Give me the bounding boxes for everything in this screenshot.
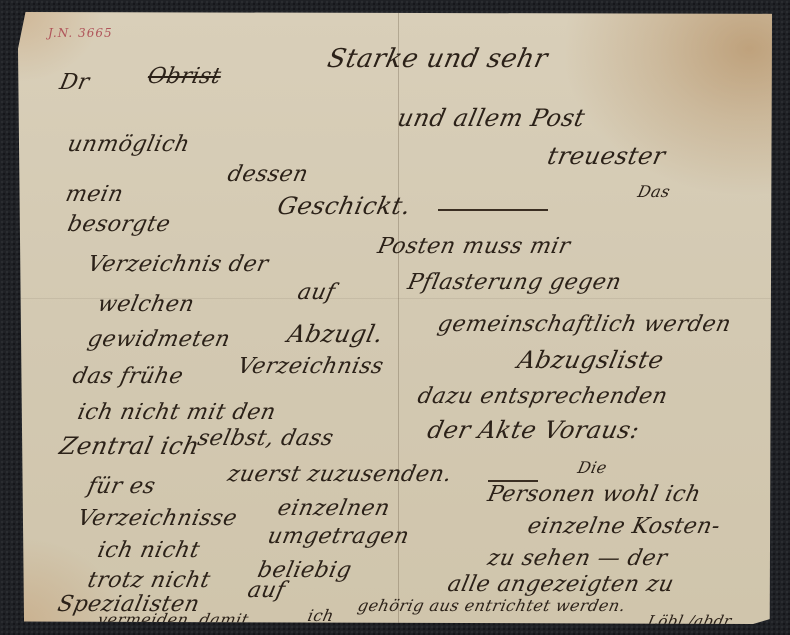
line-16-left: vermeiden, damit [96, 610, 251, 629]
line-6-mid: auf [295, 280, 337, 305]
line-8-right: Abzugsliste [515, 346, 666, 374]
line-16-right: gehörig aus entrichtet werden. [356, 596, 627, 615]
line-3-mid: dessen [225, 162, 310, 187]
line-16-mid: ich [306, 606, 336, 625]
archive-mark: J.N. 3665 [48, 26, 113, 40]
line-7-left: gewidmeten [85, 327, 232, 352]
line-15-right: alle angezeigten zu [445, 572, 676, 597]
line-8-left: das frühe [70, 364, 185, 389]
line-15-mid: auf [245, 578, 287, 603]
line-2-left: unmöglich [65, 132, 192, 157]
line-3-left: mein [63, 182, 125, 207]
line-5-left: Verzeichnis der [85, 252, 270, 277]
line-4-mid: Geschickt. [275, 192, 413, 220]
line-3-right: treuester [545, 142, 668, 170]
line-12-left: Verzeichnisse [75, 506, 239, 531]
line-4-right: Das [636, 182, 672, 201]
line-13-left: ich nicht [95, 538, 202, 563]
line-13-right: einzelne Kosten- [525, 514, 722, 539]
line-4-left: besorgte [65, 212, 172, 237]
line-2-right: und allem Post [395, 104, 588, 132]
line-12-right: Personen wohl ich [485, 482, 703, 507]
line-10-left: Zentral ich [57, 432, 202, 460]
line-12-mid: einzelnen [275, 496, 392, 521]
line-6-right: Pflasterung gegen [405, 270, 623, 295]
line-10-right: der Akte Voraus: [425, 416, 642, 444]
line-7-mid: Abzugl. [285, 320, 386, 348]
line-9-right: dazu entsprechenden [415, 384, 670, 409]
line-14-right: zu sehen — der [485, 546, 669, 571]
signature: Löbl./abdr. [646, 612, 737, 630]
line-11-left: für es [85, 474, 157, 499]
line-13-mid: umgetragen [265, 524, 411, 549]
line-11-right: Die [576, 458, 609, 477]
line-4-dash [438, 209, 548, 211]
line-10-mid: selbst, dass [195, 426, 336, 451]
line-14-left: trotz nicht [85, 568, 212, 593]
line-8-mid: Verzeichniss [235, 354, 386, 379]
line-7-right: gemeinschaftlich werden [435, 312, 733, 337]
line-1-right: Starke und sehr [325, 44, 551, 74]
line-1-left: Dr [57, 70, 91, 95]
line-6-left: welchen [95, 292, 196, 317]
line-5-right: Posten muss mir [375, 234, 572, 259]
letter-paper: J.N. 3665 Dr Obrist Starke und sehr unmö… [18, 12, 772, 624]
line-11-mid: zuerst zuzusenden. [225, 462, 454, 487]
line-1-struck-word: Obrist [145, 64, 223, 89]
line-9-left: ich nicht mit den [75, 400, 278, 425]
